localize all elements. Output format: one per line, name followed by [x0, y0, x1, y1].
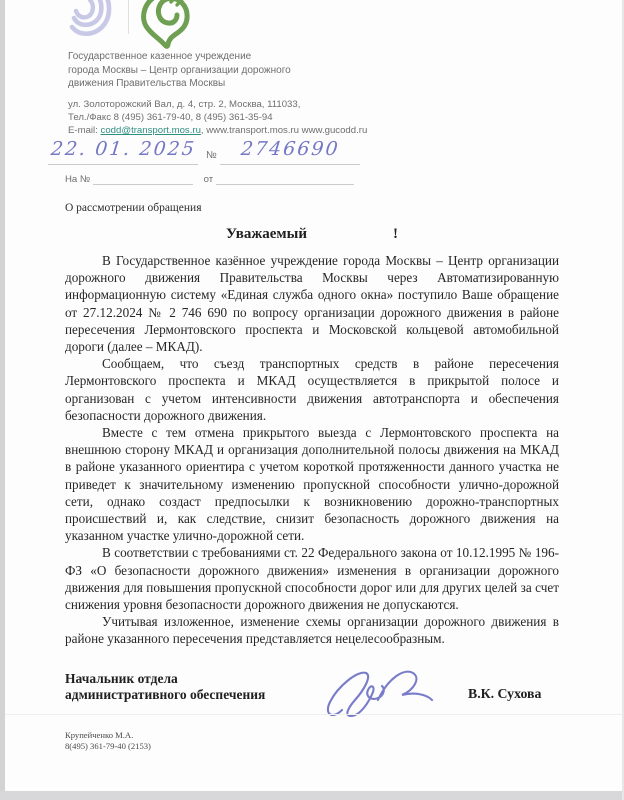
signer-position-line1: Начальник отдела: [65, 671, 265, 687]
paragraph-2: Сообщаем, что съезд транспортных средств…: [65, 355, 559, 424]
moscow-transport-logo: [66, 0, 112, 53]
paragraph-1: В Государственное казённое учреждение го…: [65, 252, 559, 355]
letter-subject: О рассмотрении обращения: [65, 202, 202, 214]
websites-text: , www.transport.mos.ru www.gucodd.ru: [201, 125, 367, 136]
email-line: E-mail: codd@transport.mos.ru, www.trans…: [68, 124, 367, 137]
incoming-reference-row: На № от: [65, 172, 354, 185]
executor-block: Крупейченко М.А. 8(495) 361-79-40 (2153): [65, 730, 151, 752]
salutation-punct: !: [393, 226, 398, 242]
email-label: E-mail:: [68, 125, 98, 136]
address-line: ул. Золоторожский Вал, д. 4, стр. 2, Мос…: [68, 98, 367, 111]
na-number-label: На №: [65, 174, 90, 185]
org-name-line: города Москвы – Центр организации дорожн…: [68, 64, 291, 78]
scan-fold-line: [5, 714, 622, 715]
paragraph-5: Учитывая изложенное, изменение схемы орг…: [65, 613, 559, 647]
email-link: codd@transport.mos.ru: [101, 125, 201, 136]
scan-edge-left: [0, 0, 5, 800]
incoming-number-blank: [93, 172, 193, 185]
outgoing-date-field: 22. 01. 2025: [48, 138, 198, 165]
handwritten-number: 2746690: [240, 138, 341, 160]
ot-label: от: [204, 174, 214, 185]
letter-body: В Государственное казённое учреждение го…: [65, 252, 559, 648]
org-name-line: движения Правительства Москвы: [68, 77, 291, 91]
scan-edge-bottom: [0, 791, 624, 800]
org-name-line: Государственное казенное учреждение: [68, 50, 291, 64]
scanned-letter-page: Государственное казенное учреждение горо…: [0, 0, 624, 800]
salutation-line: Уважаемый!: [65, 226, 559, 243]
org-name-block: Государственное казенное учреждение горо…: [68, 50, 291, 91]
outgoing-number-field: 2746690: [220, 138, 360, 165]
logo-divider: [128, 0, 129, 34]
number-sign-label: №: [206, 150, 217, 161]
pen-signature: [322, 664, 440, 733]
phone-line: Тел./Факс 8 (495) 361-79-40, 8 (495) 361…: [68, 111, 367, 124]
paragraph-4: В соответствии с требованиями ст. 22 Фед…: [65, 544, 559, 613]
handwritten-date: 22. 01. 2025: [49, 138, 196, 160]
executor-name: Крупейченко М.А.: [65, 730, 151, 741]
codd-heart-logo: [138, 0, 196, 57]
salutation-word: Уважаемый: [226, 226, 307, 242]
signer-position: Начальник отдела административного обесп…: [65, 671, 265, 703]
incoming-date-blank: [216, 172, 354, 185]
paragraph-3: Вместе с тем отмена прикрытого выезда с …: [65, 424, 559, 544]
contact-block: ул. Золоторожский Вал, д. 4, стр. 2, Мос…: [68, 98, 367, 137]
signer-position-line2: административного обеспечения: [65, 687, 265, 703]
executor-phone: 8(495) 361-79-40 (2153): [65, 741, 151, 752]
signer-name: В.К. Сухова: [468, 686, 541, 702]
